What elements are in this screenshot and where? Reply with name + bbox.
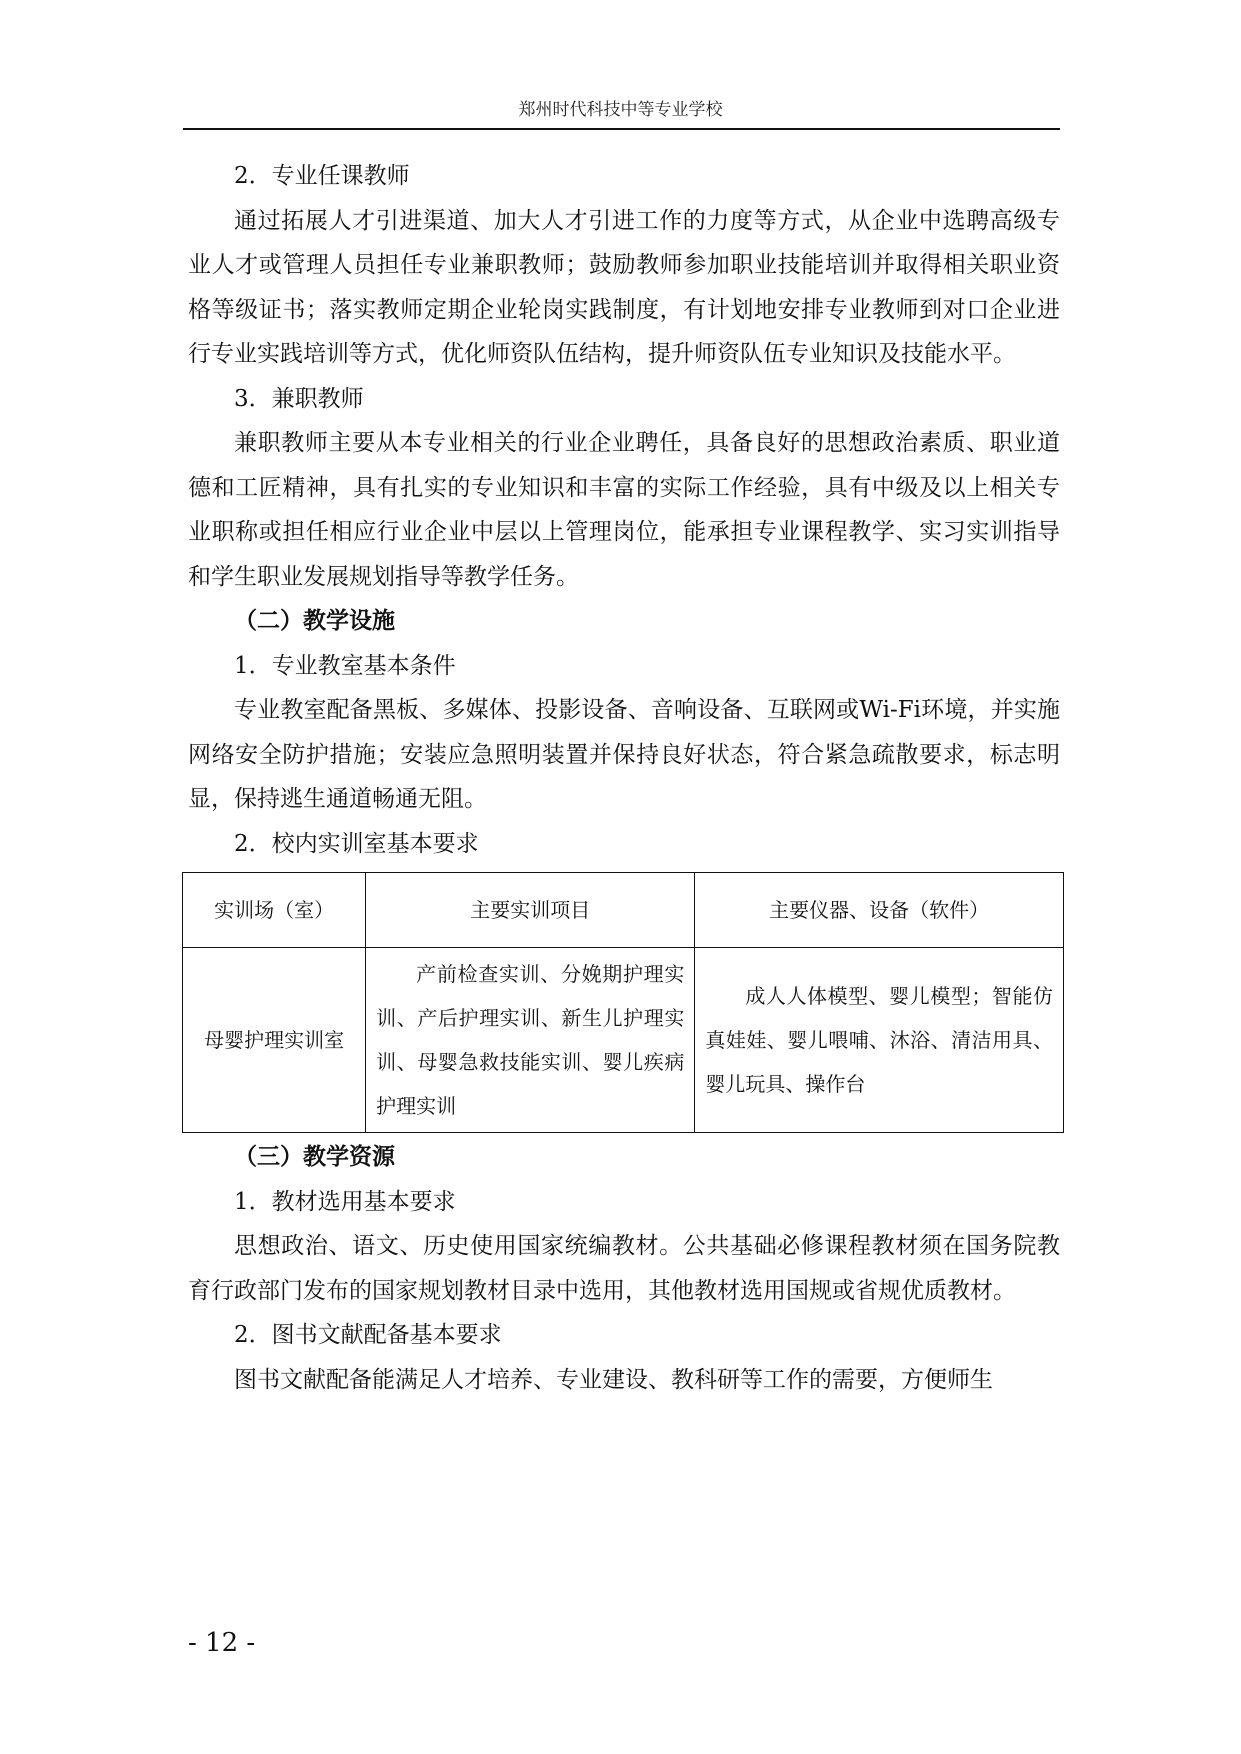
table-header-projects: 主要实训项目 [366, 873, 695, 948]
table-header-row: 实训场（室） 主要实训项目 主要仪器、设备（软件） [183, 873, 1064, 948]
header-rule [183, 128, 1060, 130]
table-cell-projects: 产前检查实训、分娩期护理实训、产后护理实训、新生儿护理实训、母婴急救技能实训、婴… [366, 948, 695, 1133]
table-cell-room: 母婴护理实训室 [183, 948, 366, 1133]
heading-classroom-conditions: 1．专业教室基本条件 [188, 644, 1060, 689]
heading-library-resources: 2．图书文献配备基本要求 [188, 1313, 1060, 1358]
paragraph-classroom-conditions: 专业教室配备黑板、多媒体、投影设备、音响设备、互联网或Wi-Fi环境，并实施网络… [188, 688, 1060, 822]
table-row: 母婴护理实训室 产前检查实训、分娩期护理实训、产后护理实训、新生儿护理实训、母婴… [183, 948, 1064, 1133]
table-header-room: 实训场（室） [183, 873, 366, 948]
table-cell-equipment: 成人人体模型、婴儿模型；智能仿真娃娃、婴儿喂哺、沐浴、清洁用具、婴儿玩具、操作台 [695, 948, 1064, 1133]
page-number: - 12 - [188, 1628, 255, 1658]
heading-part-time-teachers: 3．兼职教师 [188, 377, 1060, 422]
table-header-equipment: 主要仪器、设备（软件） [695, 873, 1064, 948]
heading-teaching-facilities: （二）教学设施 [188, 599, 1060, 644]
heading-textbook-selection: 1．教材选用基本要求 [188, 1180, 1060, 1225]
document-body: 2．专业任课教师 通过拓展人才引进渠道、加大人才引进工作的力度等方式，从企业中选… [188, 154, 1060, 1402]
paragraph-textbook-selection: 思想政治、语文、历史使用国家统编教材。公共基础必修课程教材须在国务院教育行政部门… [188, 1224, 1060, 1313]
heading-professional-teachers: 2．专业任课教师 [188, 154, 1060, 199]
heading-training-rooms: 2．校内实训室基本要求 [188, 822, 1060, 867]
training-room-table: 实训场（室） 主要实训项目 主要仪器、设备（软件） 母婴护理实训室 产前检查实训… [182, 872, 1064, 1133]
paragraph-library-resources: 图书文献配备能满足人才培养、专业建设、教科研等工作的需要，方便师生 [188, 1358, 1060, 1403]
page-header: 郑州时代科技中等专业学校 [0, 95, 1241, 120]
paragraph-part-time-teachers: 兼职教师主要从本专业相关的行业企业聘任，具备良好的思想政治素质、职业道德和工匠精… [188, 421, 1060, 599]
paragraph-professional-teachers: 通过拓展人才引进渠道、加大人才引进工作的力度等方式，从企业中选聘高级专业人才或管… [188, 199, 1060, 377]
heading-teaching-resources: （三）教学资源 [188, 1135, 1060, 1180]
